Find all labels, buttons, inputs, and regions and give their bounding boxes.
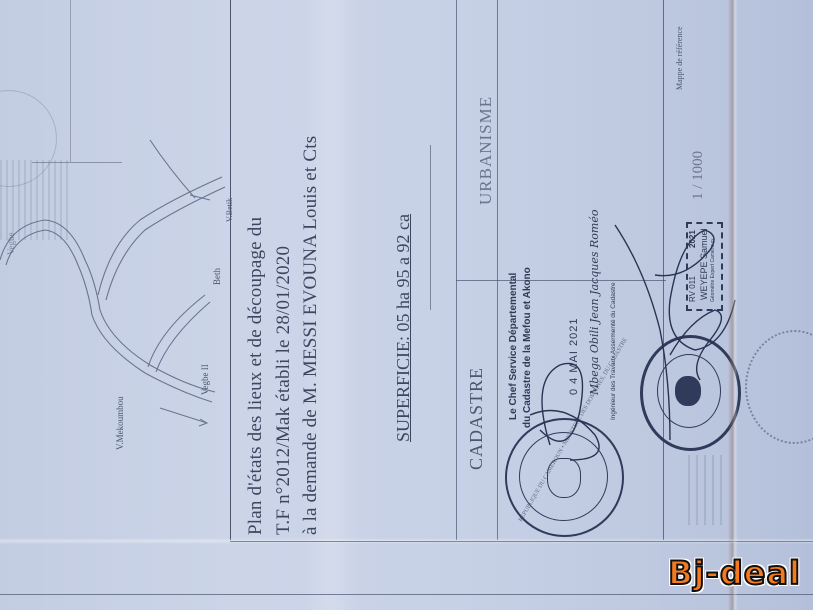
right-margin-text: Mappe de référence: [675, 26, 684, 90]
title-line-2: T.F n°2012/Mak établi le 28/01/2020: [273, 246, 295, 535]
map-scale: 1 / 1000: [690, 151, 707, 200]
map-label-road-1: V.Mekoumbou: [115, 396, 125, 450]
paper-fold: [728, 0, 738, 610]
signature-scribbles: [520, 180, 750, 480]
superficie-underline: [430, 145, 431, 310]
section-urbanisme: URBANISME: [476, 96, 496, 205]
frame-line-left: [230, 0, 231, 540]
map-label-road-2: Vegbe II: [200, 364, 210, 395]
map-label-road-4: V.Betik: [225, 198, 234, 222]
watermark-logo: Bj-deal: [668, 554, 801, 592]
superficie: SUPERFICIE: 05 ha 95 a 92 ca: [393, 214, 414, 442]
title-line-3: à la demande de M. MESSI EVOUNA Louis et…: [300, 136, 322, 535]
section-cadastre: CADASTRE: [466, 367, 487, 470]
frame-line-urbanisme: [497, 0, 498, 540]
faded-inset-text: [0, 160, 70, 240]
faded-margin-text: [688, 455, 728, 525]
map-label-road-3: Beth: [212, 268, 222, 285]
title-line-1: Plan d'états des lieux et de découpage d…: [245, 217, 267, 535]
paper-fold-horizontal: [0, 538, 813, 544]
frame-line-outer: [0, 594, 813, 595]
cadastre-chief-line-1: Le Chef Service Départemental: [508, 273, 519, 420]
frame-line-cadastre: [456, 0, 457, 540]
